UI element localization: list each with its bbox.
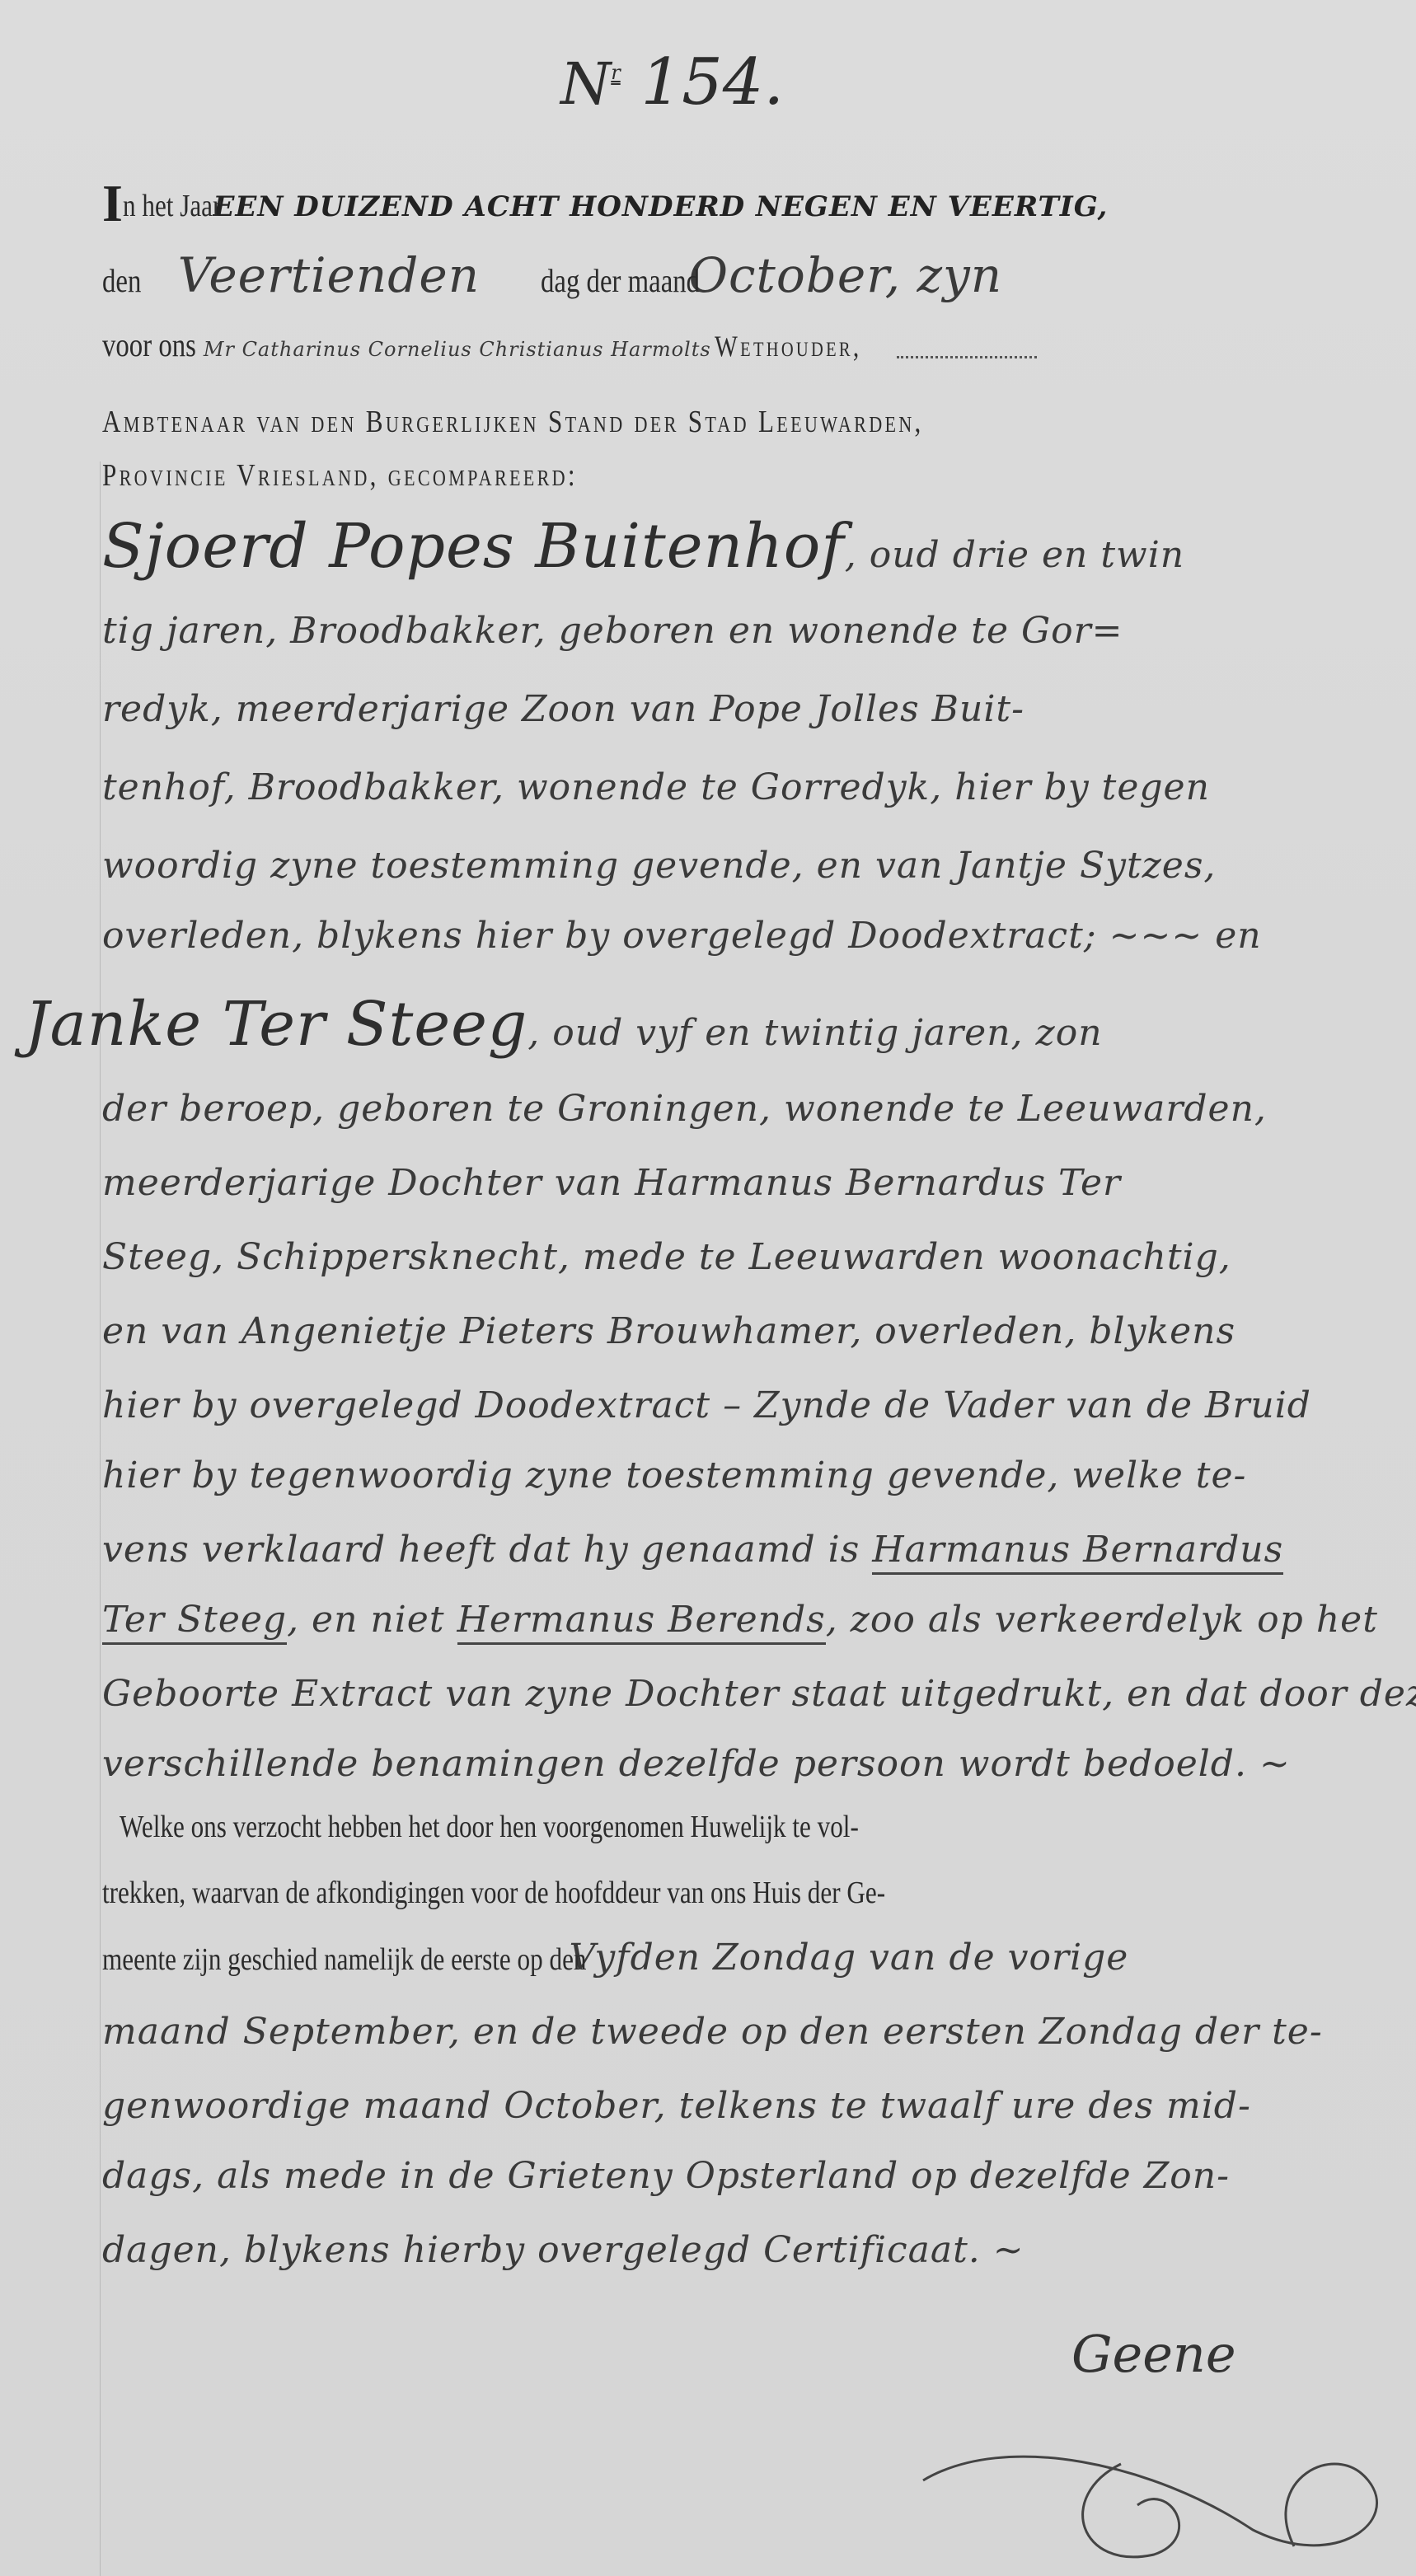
closing-hand-7: dagen, blykens hierby overgelegd Certifi… — [102, 2229, 1024, 2271]
closing-hand-4: maand September, en de tweede op den eer… — [102, 2011, 1323, 2053]
bride-name: Janke Ter Steeg — [25, 989, 527, 1060]
groom-name: Sjoerd Popes Buitenhof — [102, 511, 845, 582]
groom-line-3: tenhof, Broodbakker, wonende te Gorredyk… — [102, 766, 1210, 808]
closing-hand-6: dags, als mede in de Grieteny Opsterland… — [102, 2155, 1230, 2197]
month-label: dag der maand — [541, 261, 700, 300]
record-number-prefix: N — [560, 50, 611, 118]
groom-line-4: woordig zyne toestemming gevende, en van… — [102, 845, 1216, 887]
margin-rule — [100, 461, 101, 2576]
intro-line-4: Ambtenaar van den Burgerlijken Stand der… — [102, 404, 1104, 440]
printed-lead: n het Jaar — [123, 188, 221, 224]
record-number-value: 154. — [641, 45, 785, 119]
closing-hand-5: genwoordige maand October, telkens te tw… — [102, 2085, 1251, 2127]
bride-text-0: , oud vyf en twintig jaren, zon — [527, 1012, 1102, 1054]
groom-line-1: tig jaren, Broodbakker, geboren en wonen… — [102, 610, 1123, 652]
declaration-line: vens verklaard heeft dat hy genaamd is H… — [102, 1529, 1283, 1571]
closing-printed-2: trekken, waarvan de afkondigingen voor d… — [102, 1875, 885, 1911]
declared-name-2: Ter Steeg — [102, 1599, 287, 1645]
year-text: EEN DUIZEND ACHT HONDERD NEGEN EN VEERTI… — [213, 190, 1109, 223]
den-label: den — [102, 261, 141, 300]
closing-printed-1: Welke ons verzocht hebben het door hen v… — [120, 1809, 859, 1845]
filler-squiggle — [897, 348, 1037, 358]
bride-line-1: der beroep, geboren te Groningen, wonend… — [102, 1088, 1267, 1130]
bride-line-6: hier by tegenwoordig zyne toestemming ge… — [102, 1454, 1246, 1496]
groom-line-2: redyk, meerderjarige Zoon van Pope Jolle… — [102, 688, 1024, 730]
official-title: Wethouder, — [715, 329, 862, 363]
groom-line-5: overleden, blykens hier by overgelegd Do… — [102, 915, 1262, 957]
groom-line-0: Sjoerd Popes Buitenhof, oud drie en twin — [102, 511, 1184, 582]
dropcap: I — [102, 174, 123, 232]
signature: Geene — [1071, 2324, 1236, 2384]
intro-line-1: In het Jaar EEN DUIZEND ACHT HONDERD NEG… — [102, 177, 1108, 230]
record-number-sup: r — [611, 61, 620, 84]
wrong-name: Hermanus Berends — [457, 1599, 826, 1645]
day-handwritten: Veertienden — [178, 247, 480, 303]
closing-line-3: meente zijn geschied namelijk de eerste … — [102, 1937, 1128, 1979]
voor-ons-label: voor ons — [102, 326, 196, 364]
intro-line-3: voor ons Mr Catharinus Cornelius Christi… — [102, 326, 1037, 364]
declaration-post: , zoo als verkeerdelyk op het — [826, 1599, 1378, 1641]
closing-printed-3: meente zijn geschied namelijk de eerste … — [102, 1941, 586, 1978]
month-handwritten: October, zyn — [689, 247, 1003, 303]
province-line: Provincie Vriesland, gecompareerd: — [102, 457, 578, 494]
bride-line-0: Janke Ter Steeg, oud vyf en twintig jare… — [25, 989, 1103, 1060]
declared-name-1: Harmanus Bernardus — [872, 1529, 1283, 1575]
closing-hand-3: Vyfden Zondag van de vorige — [569, 1937, 1128, 1979]
groom-text-0: , oud drie en twin — [845, 534, 1184, 576]
declaration-mid: , en niet — [287, 1599, 444, 1641]
bride-line-3: Steeg, Schippersknecht, mede te Leeuward… — [102, 1236, 1231, 1278]
bride-line-4: en van Angenietje Pieters Brouwhamer, ov… — [102, 1310, 1235, 1352]
intro-line-5: Provincie Vriesland, gecompareerd: — [102, 457, 682, 494]
declaration-pre: vens verklaard heeft dat hy genaamd is — [102, 1529, 860, 1571]
signature-flourish — [907, 2431, 1401, 2576]
intro-line-2: den Veertienden dag der maand October, z… — [102, 247, 1002, 303]
declaration-line-4: verschillende benamingen dezelfde persoo… — [102, 1743, 1291, 1785]
official-name: Mr Catharinus Cornelius Christianus Harm… — [204, 338, 711, 361]
bride-line-2: meerderjarige Dochter van Harmanus Berna… — [102, 1162, 1121, 1204]
declaration-line-2: Ter Steeg, en niet Hermanus Berends, zoo… — [102, 1599, 1378, 1641]
bride-line-5: hier by overgelegd Doodextract – Zynde d… — [102, 1384, 1311, 1426]
record-number: Nr 154. — [560, 45, 784, 119]
registrar-line: Ambtenaar van den Burgerlijken Stand der… — [102, 404, 924, 440]
declaration-line-3: Geboorte Extract van zyne Dochter staat … — [102, 1673, 1416, 1715]
document-page: Nr 154. In het Jaar EEN DUIZEND ACHT HON… — [0, 0, 1416, 2576]
